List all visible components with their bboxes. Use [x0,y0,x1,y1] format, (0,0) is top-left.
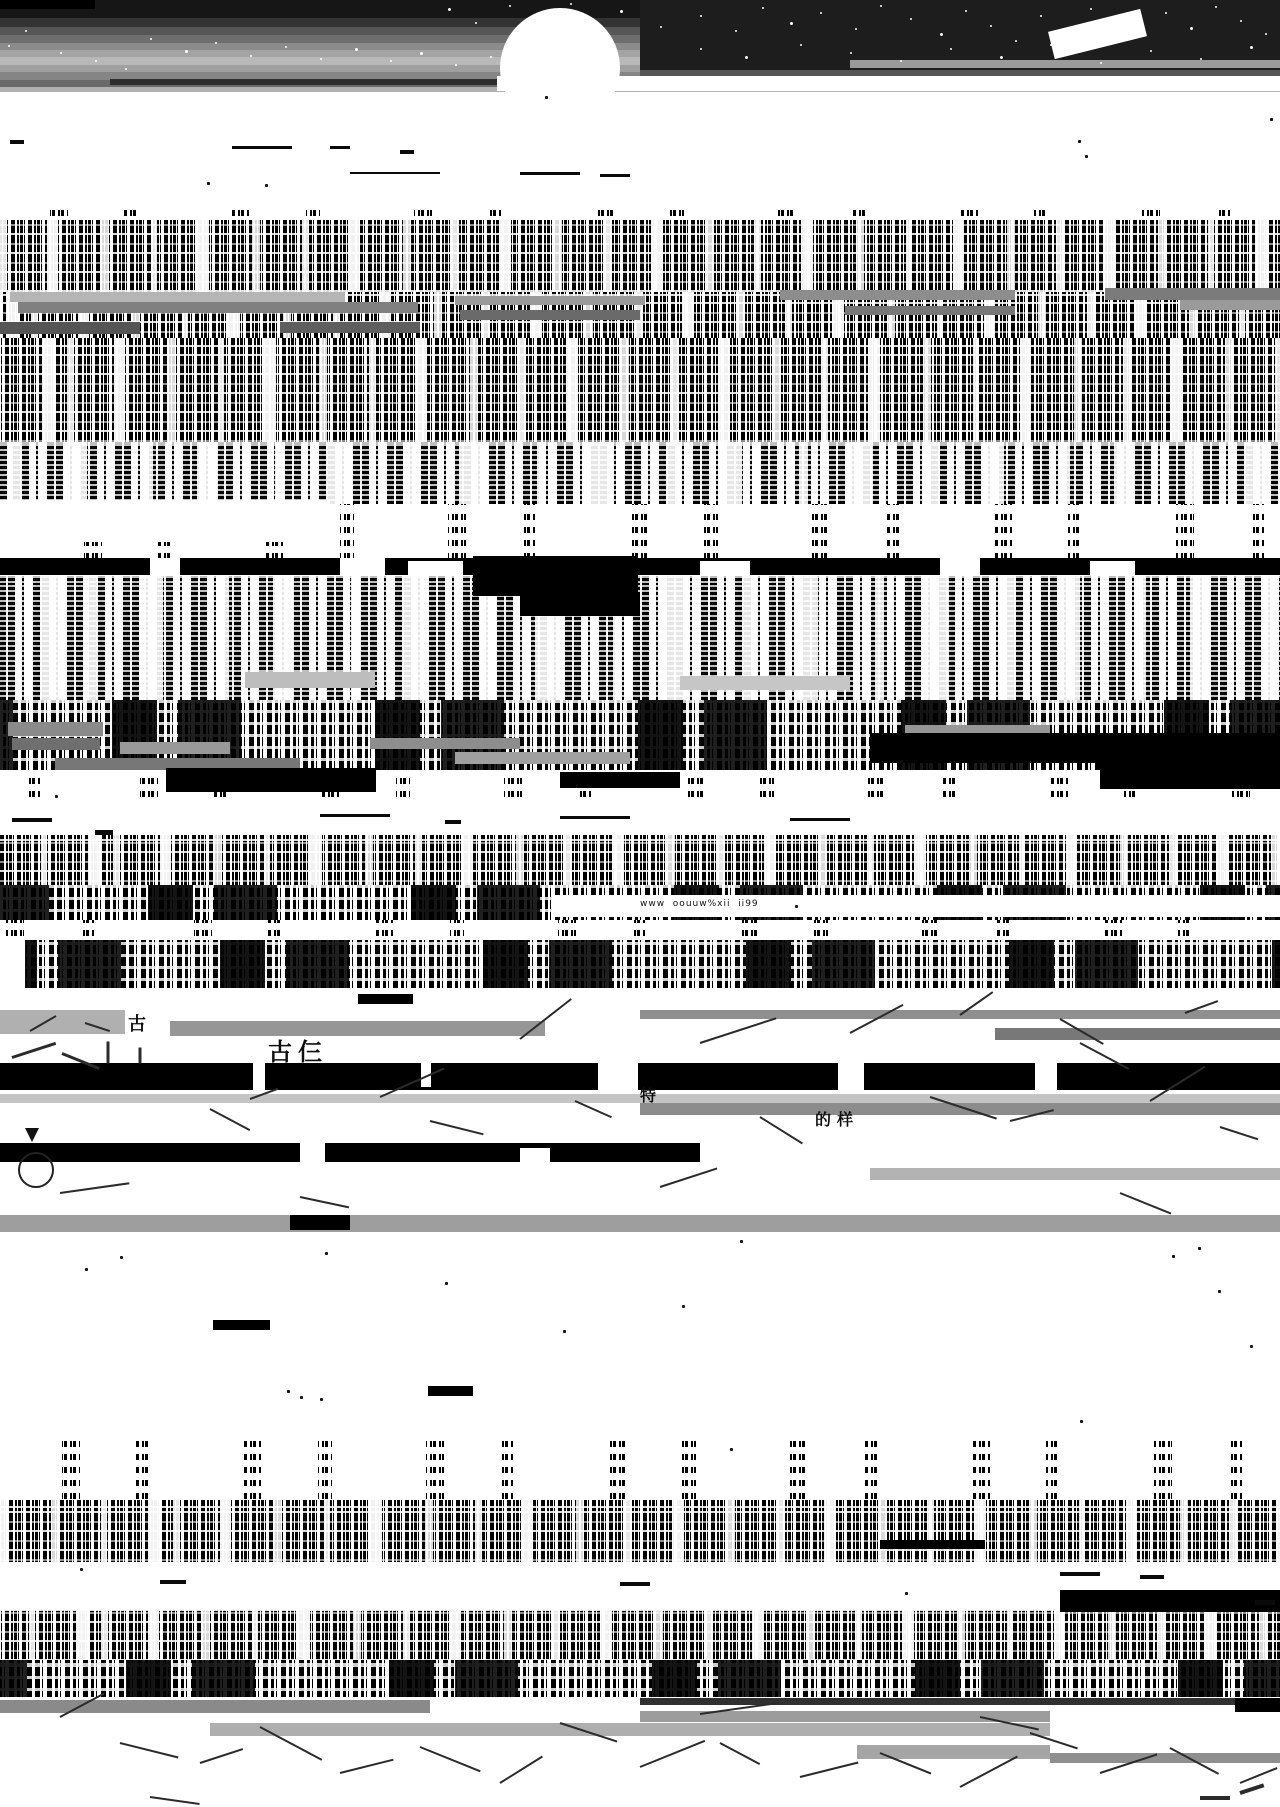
noise-dash [232,146,292,149]
noise-dot [740,1240,743,1243]
noise-dot [1172,1255,1175,1258]
noise-dot [682,1305,685,1308]
noise-dot [325,1252,328,1255]
noise-dot [287,1390,290,1393]
noise-dot [120,1256,123,1259]
noise-dot [85,1268,88,1271]
noise-dot [1218,1290,1221,1293]
noise-dash [445,820,461,824]
noise-dot [80,1568,83,1571]
noise-dash [790,818,850,821]
noise-dash [350,172,440,174]
glitch-text: www oouuw%xii ii99 [640,900,759,909]
noise-dot [55,795,58,798]
speck-layer: www oouuw%xii ii99 [0,0,1280,1807]
noise-dash [560,816,630,819]
noise-dot [563,1330,566,1333]
noise-dash [620,1582,650,1586]
noise-dot [1270,118,1273,121]
noise-dash [160,1580,186,1584]
noise-dash [1060,1572,1100,1576]
noise-dot [1078,140,1081,143]
noise-dash [320,814,390,817]
noise-dot [320,1398,323,1401]
noise-dot [905,1592,908,1595]
noise-dot [1080,1420,1083,1423]
glitched-page: 古古仨特的样 www oouuw%xii ii99 [0,0,1280,1807]
noise-dash [1255,1600,1275,1605]
noise-dot [265,184,268,187]
noise-dot [730,1448,733,1451]
noise-dash [12,818,52,822]
noise-dash [400,150,414,154]
noise-dash [520,172,580,175]
noise-dot [795,905,798,908]
noise-dot [1198,1247,1201,1250]
noise-dot [445,1282,448,1285]
noise-dot [545,96,548,99]
noise-dot [207,182,210,185]
noise-dot [900,760,903,763]
noise-dash [330,146,350,149]
noise-dot [1250,1345,1253,1348]
noise-dot [1085,155,1088,158]
noise-dash [95,830,113,835]
noise-dot [300,1396,303,1399]
noise-dash [1140,1575,1164,1579]
noise-dash [10,140,24,144]
noise-dash [600,174,630,177]
